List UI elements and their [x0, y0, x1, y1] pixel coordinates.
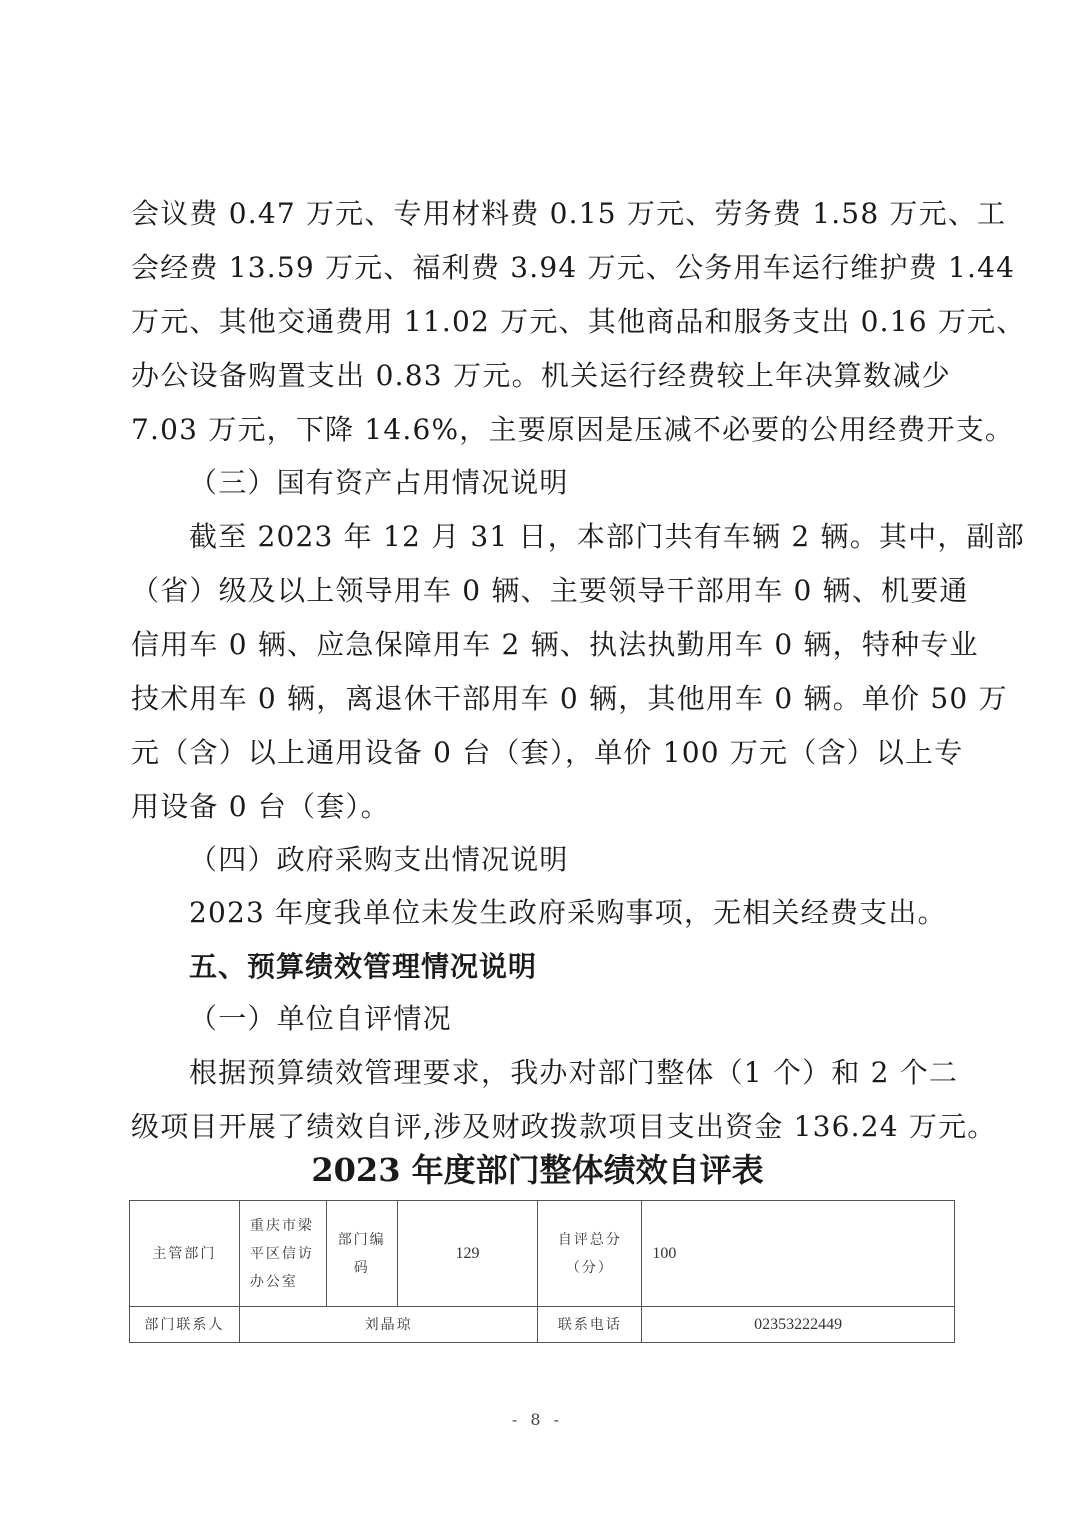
- page-number: - 8 -: [0, 1410, 1075, 1429]
- paragraph-line: 信用车 0 辆、应急保障用车 2 辆、执法执勤用车 0 辆，特种专业: [131, 627, 951, 663]
- section-heading: （一）单位自评情况: [189, 1001, 951, 1037]
- chapter-heading: 五、预算绩效管理情况说明: [189, 949, 951, 985]
- paragraph-line: 7.03 万元，下降 14.6%，主要原因是压减不必要的公用经费开支。: [131, 412, 951, 448]
- table-title: 2023 年度部门整体绩效自评表: [0, 1148, 1075, 1192]
- paragraph-line: 用设备 0 台（套）。: [131, 789, 951, 825]
- paragraph-line: 2023 年度我单位未发生政府采购事项，无相关经费支出。: [189, 895, 951, 931]
- table-row: 部门联系人 刘晶琼 联系电话 02353222449: [130, 1307, 955, 1343]
- paragraph-line: 会议费 0.47 万元、专用材料费 0.15 万元、劳务费 1.58 万元、工: [131, 196, 951, 232]
- paragraph-line: 技术用车 0 辆，离退休干部用车 0 辆，其他用车 0 辆。单价 50 万: [131, 681, 951, 717]
- paragraph-line: 截至 2023 年 12 月 31 日，本部门共有车辆 2 辆。其中，副部: [189, 519, 951, 555]
- paragraph-line: 会经费 13.59 万元、福利费 3.94 万元、公务用车运行维护费 1.44: [131, 250, 951, 286]
- dept-value-cell: 重庆市梁平区信访办公室: [239, 1201, 326, 1307]
- self-evaluation-table: 主管部门 重庆市梁平区信访办公室 部门编码 129 自评总分（分） 100 部门…: [129, 1200, 955, 1343]
- table-row: 主管部门 重庆市梁平区信访办公室 部门编码 129 自评总分（分） 100: [130, 1201, 955, 1307]
- paragraph-line: 办公设备购置支出 0.83 万元。机关运行经费较上年决算数减少: [131, 358, 951, 394]
- paragraph-line: （省）级及以上领导用车 0 辆、主要领导干部用车 0 辆、机要通: [131, 573, 951, 609]
- paragraph-line: 级项目开展了绩效自评,涉及财政拨款项目支出资金 136.24 万元。: [131, 1109, 951, 1145]
- contact-label-cell: 部门联系人: [130, 1307, 240, 1343]
- paragraph-line: 根据预算绩效管理要求，我办对部门整体（1 个）和 2 个二: [189, 1055, 951, 1091]
- contact-value-cell: 刘晶琼: [239, 1307, 538, 1343]
- phone-value-cell: 02353222449: [642, 1307, 955, 1343]
- code-label-cell: 部门编码: [326, 1201, 397, 1307]
- section-heading: （四）政府采购支出情况说明: [189, 842, 951, 878]
- code-value-cell: 129: [397, 1201, 538, 1307]
- score-value-cell: 100: [642, 1201, 955, 1307]
- score-label-cell: 自评总分（分）: [538, 1201, 642, 1307]
- paragraph-line: 元（含）以上通用设备 0 台（套），单价 100 万元（含）以上专: [131, 735, 951, 771]
- phone-label-cell: 联系电话: [538, 1307, 642, 1343]
- paragraph-line: 万元、其他交通费用 11.02 万元、其他商品和服务支出 0.16 万元、: [131, 304, 951, 340]
- section-heading: （三）国有资产占用情况说明: [189, 465, 951, 501]
- document-page: 会议费 0.47 万元、专用材料费 0.15 万元、劳务费 1.58 万元、工 …: [0, 0, 1075, 1520]
- dept-label-cell: 主管部门: [130, 1201, 240, 1307]
